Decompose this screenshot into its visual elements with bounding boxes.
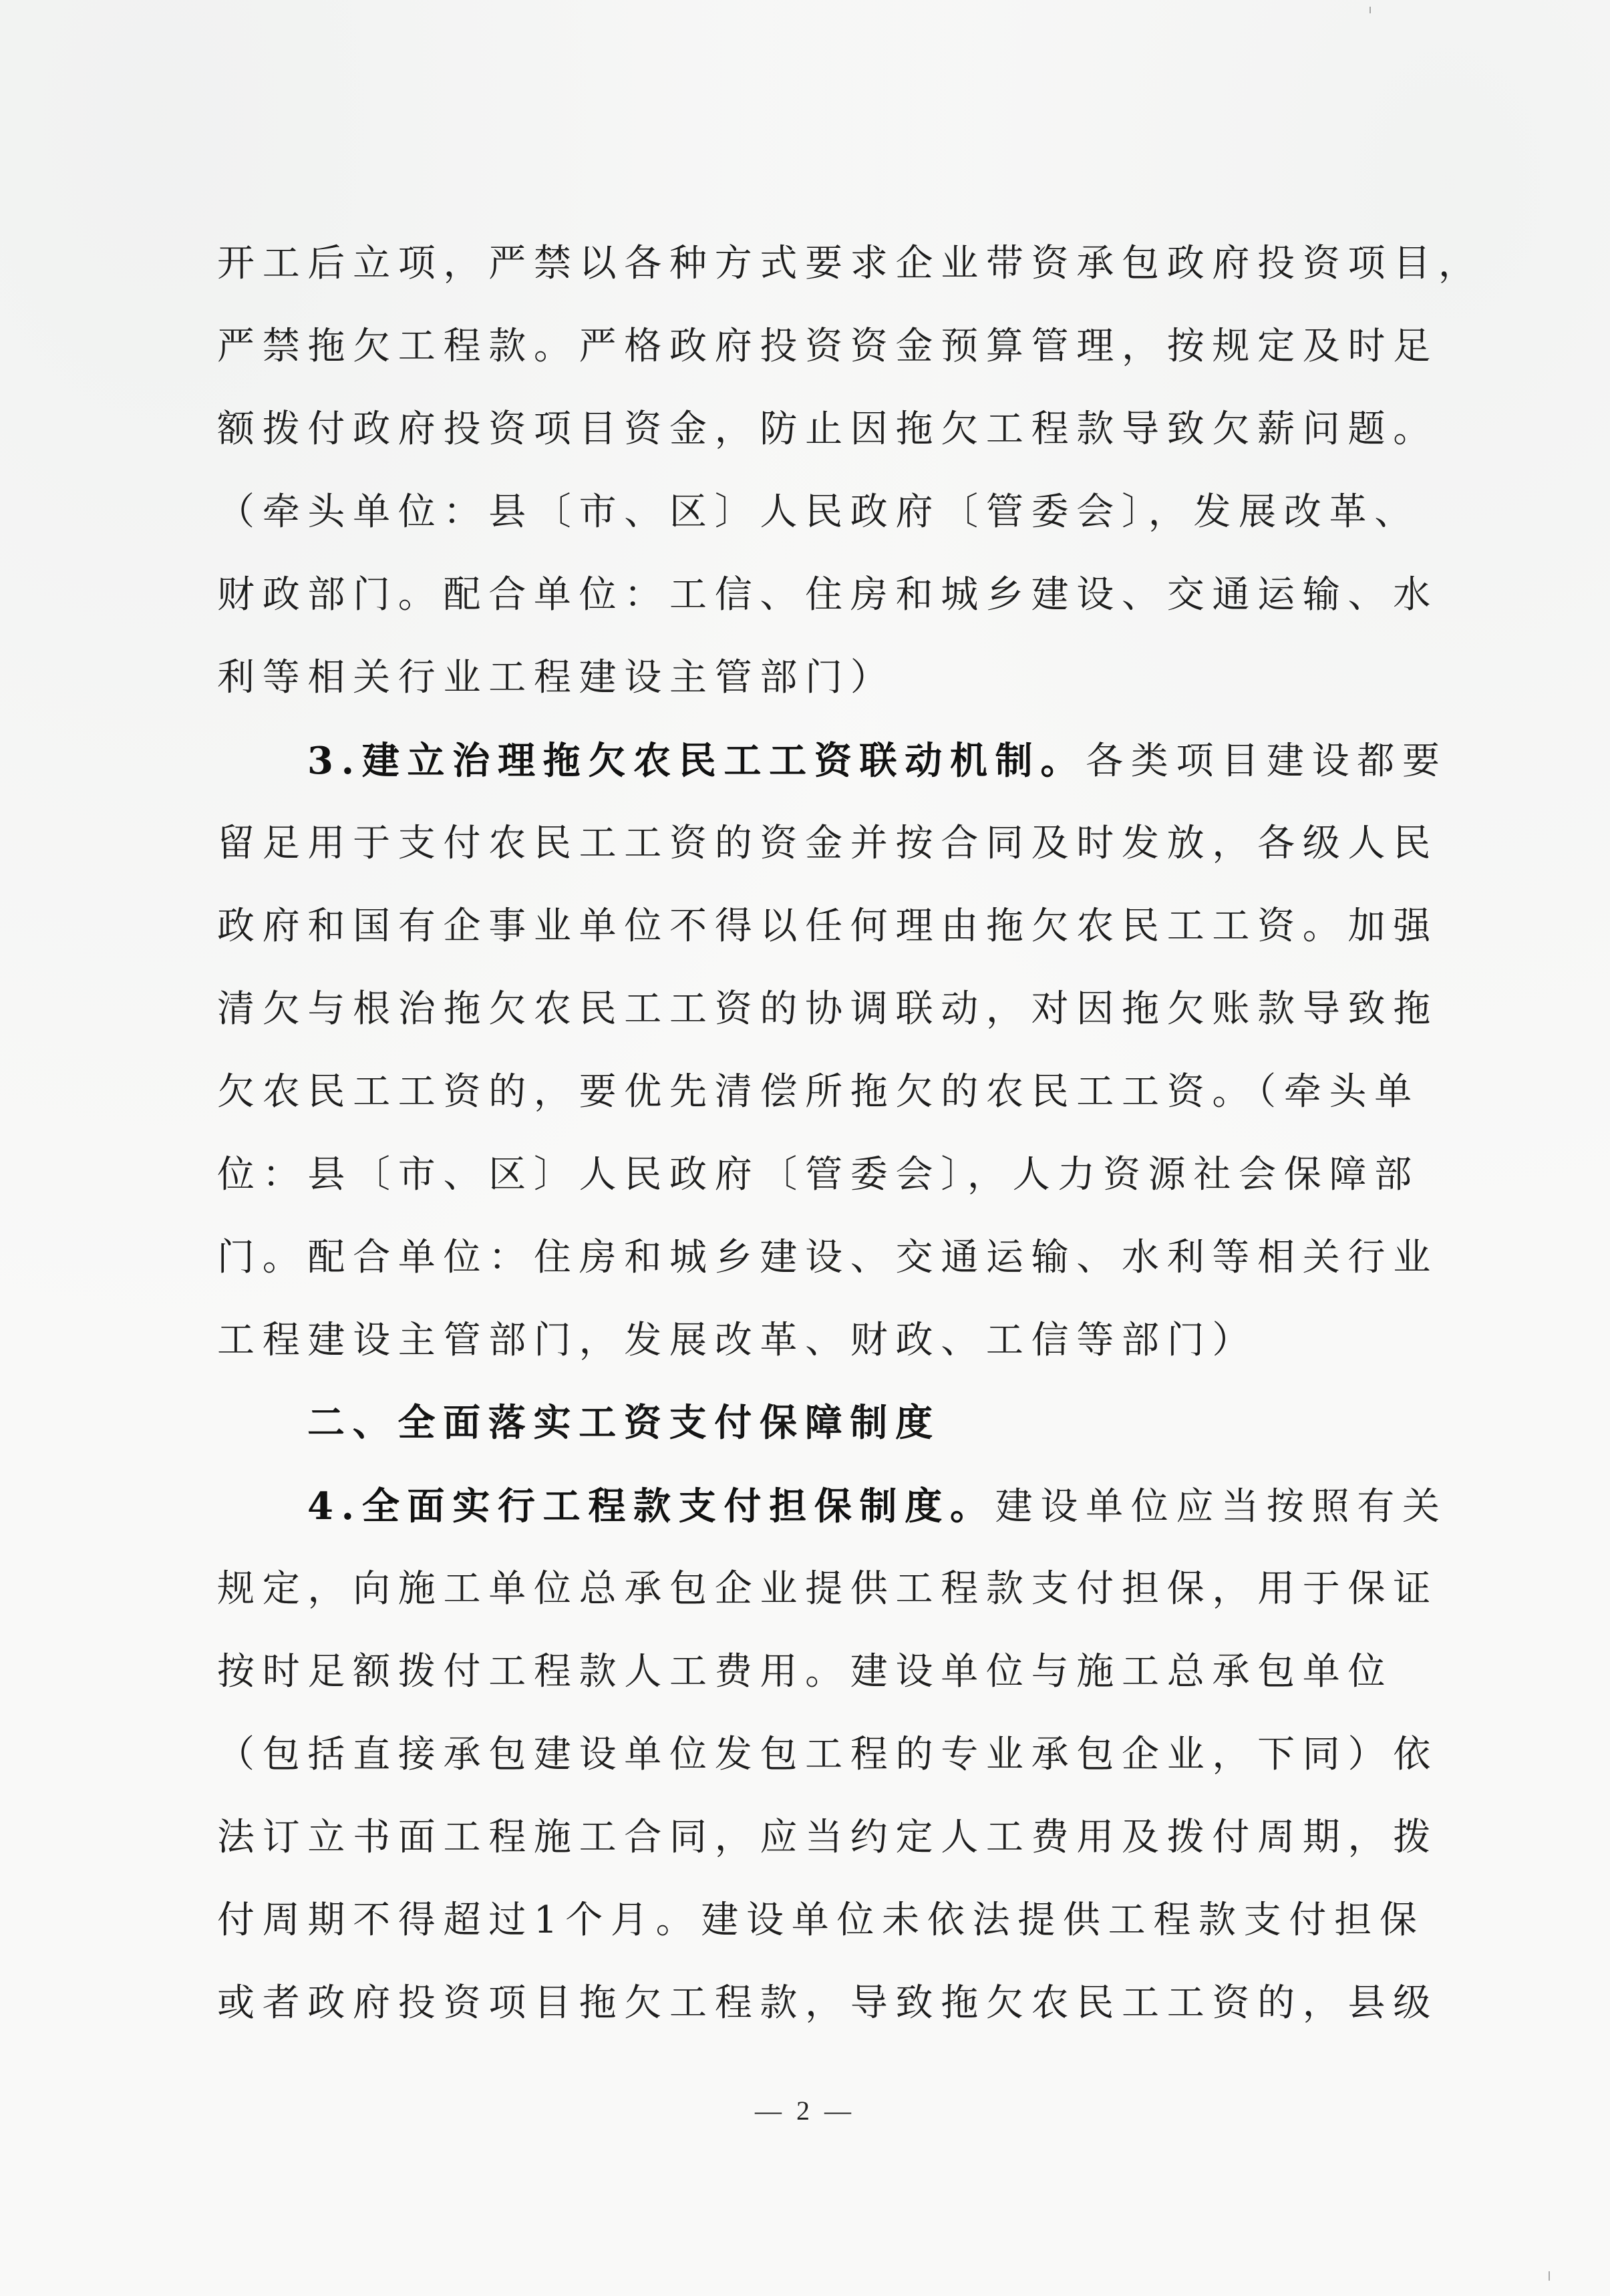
line-text: 或者政府投资项目拖欠工程款，导致拖欠农民工工资的，县级 — [217, 1981, 1438, 2025]
line-text: 留足用于支付农民工工资的资金并按合同及时发放，各级人民 — [217, 822, 1438, 865]
scan-speck — [1370, 7, 1371, 13]
line-text: 位：县〔市、区〕人民政府〔管委会〕，人力资源社会保障部 — [217, 1153, 1420, 1196]
line-text: 财政部门。配合单位：工信、住房和城乡建设、交通运输、水 — [217, 573, 1438, 617]
document-page: 开工后立项，严禁以各种方式要求企业带资承包政府投资项目， 严禁拖欠工程款。严格政… — [0, 0, 1610, 2296]
line-text: 严禁拖欠工程款。严格政府投资资金预算管理，按规定及时足 — [217, 325, 1438, 368]
line-text: 利等相关行业工程建设主管部门） — [217, 656, 896, 699]
line-text: 开工后立项，严禁以各种方式要求企业带资承包政府投资项目， — [217, 242, 1484, 285]
body-line: 法订立书面工程施工合同，应当约定人工费用及拨付周期，拨 — [217, 1796, 1406, 1879]
item-3-first-line: 3.建立治理拖欠农民工工资联动机制。各类项目建设都要 — [217, 719, 1406, 802]
line-text: （包括直接承包建设单位发包工程的专业承包企业，下同）依 — [217, 1733, 1438, 1776]
body-line: 严禁拖欠工程款。严格政府投资资金预算管理，按规定及时足 — [217, 305, 1406, 388]
line-text: 欠农民工工资的，要优先清偿所拖欠的农民工工资。（牵头单 — [217, 1070, 1420, 1114]
body-line: （牵头单位：县〔市、区〕人民政府〔管委会〕，发展改革、 — [217, 471, 1406, 554]
page-number: — 2 — — [0, 2096, 1610, 2126]
body-line: 按时足额拨付工程款人工费用。建设单位与施工总承包单位 — [217, 1631, 1406, 1713]
section-heading: 二、全面落实工资支付保障制度 — [217, 1382, 1406, 1465]
body-line: 欠农民工工资的，要优先清偿所拖欠的农民工工资。（牵头单 — [217, 1051, 1406, 1134]
body-line: 或者政府投资项目拖欠工程款，导致拖欠农民工工资的，县级 — [217, 1962, 1406, 2045]
line-text: 建设单位应当按照有关 — [995, 1485, 1448, 1528]
line-text: 规定，向施工单位总承包企业提供工程款支付担保，用于保证 — [217, 1567, 1438, 1611]
section-heading-text: 二、全面落实工资支付保障制度 — [307, 1402, 941, 1445]
item-4-first-line: 4.全面实行工程款支付担保制度。建设单位应当按照有关 — [217, 1465, 1406, 1548]
scan-speck — [1549, 2271, 1550, 2281]
item-4-title: 4.全面实行工程款支付担保制度。 — [307, 1484, 995, 1528]
body-line: 留足用于支付农民工工资的资金并按合同及时发放，各级人民 — [217, 802, 1406, 885]
body-line: 政府和国有企事业单位不得以任何理由拖欠农民工工资。加强 — [217, 885, 1406, 968]
document-body: 开工后立项，严禁以各种方式要求企业带资承包政府投资项目， 严禁拖欠工程款。严格政… — [217, 222, 1406, 2045]
body-line: 规定，向施工单位总承包企业提供工程款支付担保，用于保证 — [217, 1548, 1406, 1631]
body-line: 门。配合单位：住房和城乡建设、交通运输、水利等相关行业 — [217, 1216, 1406, 1299]
body-line: 位：县〔市、区〕人民政府〔管委会〕，人力资源社会保障部 — [217, 1134, 1406, 1216]
line-text: 各类项目建设都要 — [1086, 740, 1448, 783]
line-text: 额拨付政府投资项目资金，防止因拖欠工程款导致欠薪问题。 — [217, 407, 1438, 451]
body-line: 额拨付政府投资项目资金，防止因拖欠工程款导致欠薪问题。 — [217, 388, 1406, 471]
item-3-title: 3.建立治理拖欠农民工工资联动机制。 — [307, 739, 1086, 783]
body-line: 付周期不得超过1个月。建设单位未依法提供工程款支付担保 — [217, 1879, 1406, 1962]
body-line: （包括直接承包建设单位发包工程的专业承包企业，下同）依 — [217, 1713, 1406, 1796]
body-line: 利等相关行业工程建设主管部门） — [217, 637, 1406, 719]
line-text: 清欠与根治拖欠农民工工资的协调联动，对因拖欠账款导致拖 — [217, 987, 1438, 1031]
line-text: （牵头单位：县〔市、区〕人民政府〔管委会〕，发展改革、 — [217, 490, 1420, 534]
line-text: 法订立书面工程施工合同，应当约定人工费用及拨付周期，拨 — [217, 1816, 1438, 1859]
body-line: 工程建设主管部门，发展改革、财政、工信等部门） — [217, 1299, 1406, 1382]
line-text: 按时足额拨付工程款人工费用。建设单位与施工总承包单位 — [217, 1650, 1393, 1693]
body-line: 财政部门。配合单位：工信、住房和城乡建设、交通运输、水 — [217, 554, 1406, 637]
body-line: 清欠与根治拖欠农民工工资的协调联动，对因拖欠账款导致拖 — [217, 968, 1406, 1051]
line-text: 工程建设主管部门，发展改革、财政、工信等部门） — [217, 1319, 1257, 1362]
body-line: 开工后立项，严禁以各种方式要求企业带资承包政府投资项目， — [217, 222, 1406, 305]
line-text: 政府和国有企事业单位不得以任何理由拖欠农民工工资。加强 — [217, 905, 1438, 948]
line-text: 付周期不得超过1个月。建设单位未依法提供工程款支付担保 — [217, 1899, 1425, 1942]
line-text: 门。配合单位：住房和城乡建设、交通运输、水利等相关行业 — [217, 1236, 1438, 1279]
